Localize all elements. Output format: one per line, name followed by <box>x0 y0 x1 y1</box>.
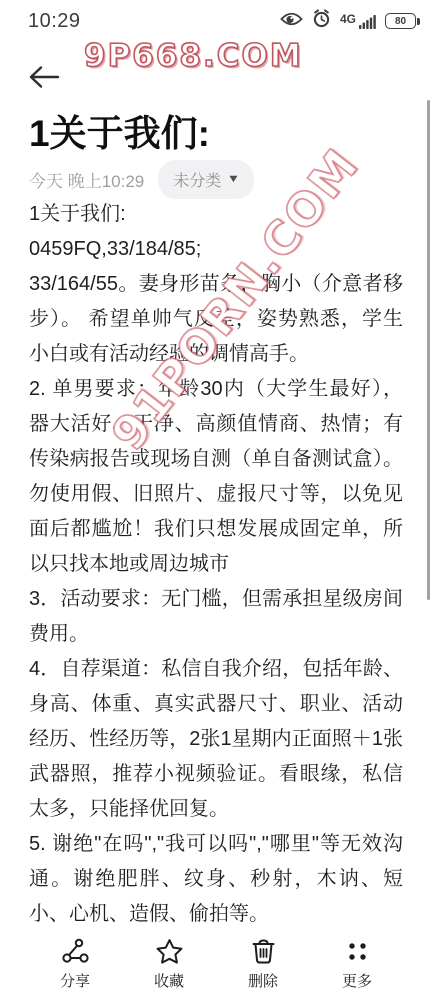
battery-icon: 80 <box>385 13 416 29</box>
more-button[interactable]: 更多 <box>310 932 404 991</box>
alarm-icon <box>312 9 331 33</box>
note-meta-row: 今天 晚上10:29 未分类 ▼ <box>29 160 254 199</box>
clock-time: 10:29 <box>28 10 81 33</box>
chevron-down-icon: ▼ <box>227 174 241 185</box>
note-body[interactable]: 1关于我们: 0459FQ,33/184/85; 33/164/55。妻身形苗条… <box>29 197 403 928</box>
eye-protection-icon <box>280 11 303 32</box>
notes-app-screen: 10:29 4G <box>0 0 432 1000</box>
note-paragraph: 4．自荐渠道：私信自我介绍，包括年龄、身高、体重、真实武器尺寸、职业、活动经历、… <box>29 652 403 827</box>
category-chip[interactable]: 未分类 ▼ <box>158 160 254 199</box>
note-paragraph: 5. 谢绝"在吗","我可以吗","哪里"等无效沟通。谢绝肥胖、纹身、秒射，木讷… <box>29 827 403 928</box>
star-icon <box>155 938 184 965</box>
trash-icon <box>250 938 277 965</box>
status-bar: 10:29 4G <box>0 0 432 42</box>
note-paragraph: 0459FQ,33/184/85; <box>29 232 403 267</box>
favorite-button[interactable]: 收藏 <box>122 932 216 991</box>
more-icon <box>344 938 371 965</box>
more-label: 更多 <box>342 970 372 991</box>
category-label: 未分类 <box>173 168 221 191</box>
delete-button[interactable]: 删除 <box>216 932 310 991</box>
bottom-toolbar: 分享 收藏 删除 <box>0 932 432 1000</box>
battery-percentage: 80 <box>395 16 406 27</box>
note-timestamp: 今天 晚上10:29 <box>29 167 144 192</box>
note-title: 1关于我们: <box>29 103 210 157</box>
network-type-label: 4G <box>340 13 356 30</box>
watermark-top: 9P668.COM <box>84 38 303 74</box>
note-paragraph: 2. 单男要求：年龄30内（大学生最好），器大活好、干净、高颜值情商、热情；有传… <box>29 372 403 582</box>
network-signal-icon: 4G <box>340 13 376 30</box>
share-icon <box>61 938 89 965</box>
favorite-label: 收藏 <box>154 970 184 991</box>
note-paragraph: 3．活动要求：无门槛，但需承担星级房间费用。 <box>29 582 403 652</box>
back-button[interactable] <box>26 62 62 92</box>
share-button[interactable]: 分享 <box>28 932 122 991</box>
note-paragraph: 33/164/55。妻身形苗条，胸小（介意者移步）。 希望单帅气反差，姿势熟悉，… <box>29 267 403 372</box>
delete-label: 删除 <box>248 970 278 991</box>
share-label: 分享 <box>60 970 90 991</box>
battery-nub <box>417 18 420 25</box>
note-paragraph: 1关于我们: <box>29 197 403 232</box>
status-icons: 4G 80 <box>280 9 416 33</box>
scrollbar[interactable] <box>427 100 430 600</box>
